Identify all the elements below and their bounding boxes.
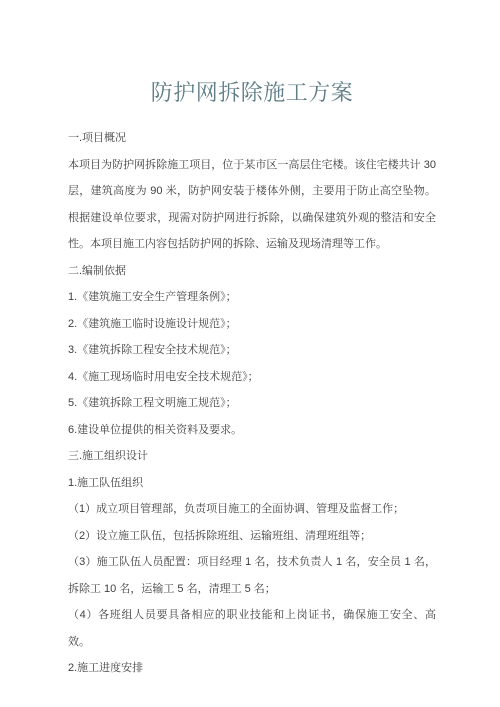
list-item-team-3: （3）施工队伍人员配置：项目经理 1 名，技术负责人 1 名，安全员 1 名，拆… <box>68 549 436 602</box>
list-item-team-2: （2）设立施工队伍，包括拆除班组、运输班组、清理班组等； <box>68 523 436 550</box>
document-title: 防护网拆除施工方案 <box>68 78 436 108</box>
list-item-team-1: （1）成立项目管理部，负责项目施工的全面协调、管理及监督工作； <box>68 496 436 523</box>
document-page: 防护网拆除施工方案 一.项目概况 本项目为防护网拆除施工项目，位于某市区一高层住… <box>0 0 500 707</box>
project-overview-paragraph: 本项目为防护网拆除施工项目，位于某市区一高层住宅楼。该住宅楼共计 30 层，建筑… <box>68 152 436 258</box>
list-item-regulation-3: 3.《建筑拆除工程安全技术规范》； <box>68 337 436 364</box>
section-heading-construction-organization: 三.施工组织设计 <box>68 443 436 470</box>
sub-heading-team-organization: 1.施工队伍组织 <box>68 470 436 497</box>
list-item-regulation-1: 1.《建筑施工安全生产管理条例》； <box>68 284 436 311</box>
section-heading-compilation-basis: 二.编制依据 <box>68 258 436 285</box>
list-item-regulation-5: 5.《建筑拆除工程文明施工规范》； <box>68 390 436 417</box>
list-item-regulation-2: 2.《建筑施工临时设施设计规范》； <box>68 311 436 338</box>
sub-heading-schedule: 2.施工进度安排 <box>68 655 436 682</box>
section-heading-project-overview: 一.项目概况 <box>68 125 436 152</box>
list-item-regulation-4: 4.《施工现场临时用电安全技术规范》； <box>68 364 436 391</box>
list-item-regulation-6: 6.建设单位提供的相关资料及要求。 <box>68 417 436 444</box>
list-item-team-4: （4）各班组人员要具备相应的职业技能和上岗证书，确保施工安全、高效。 <box>68 602 436 655</box>
document-body: 一.项目概况 本项目为防护网拆除施工项目，位于某市区一高层住宅楼。该住宅楼共计 … <box>68 125 436 682</box>
